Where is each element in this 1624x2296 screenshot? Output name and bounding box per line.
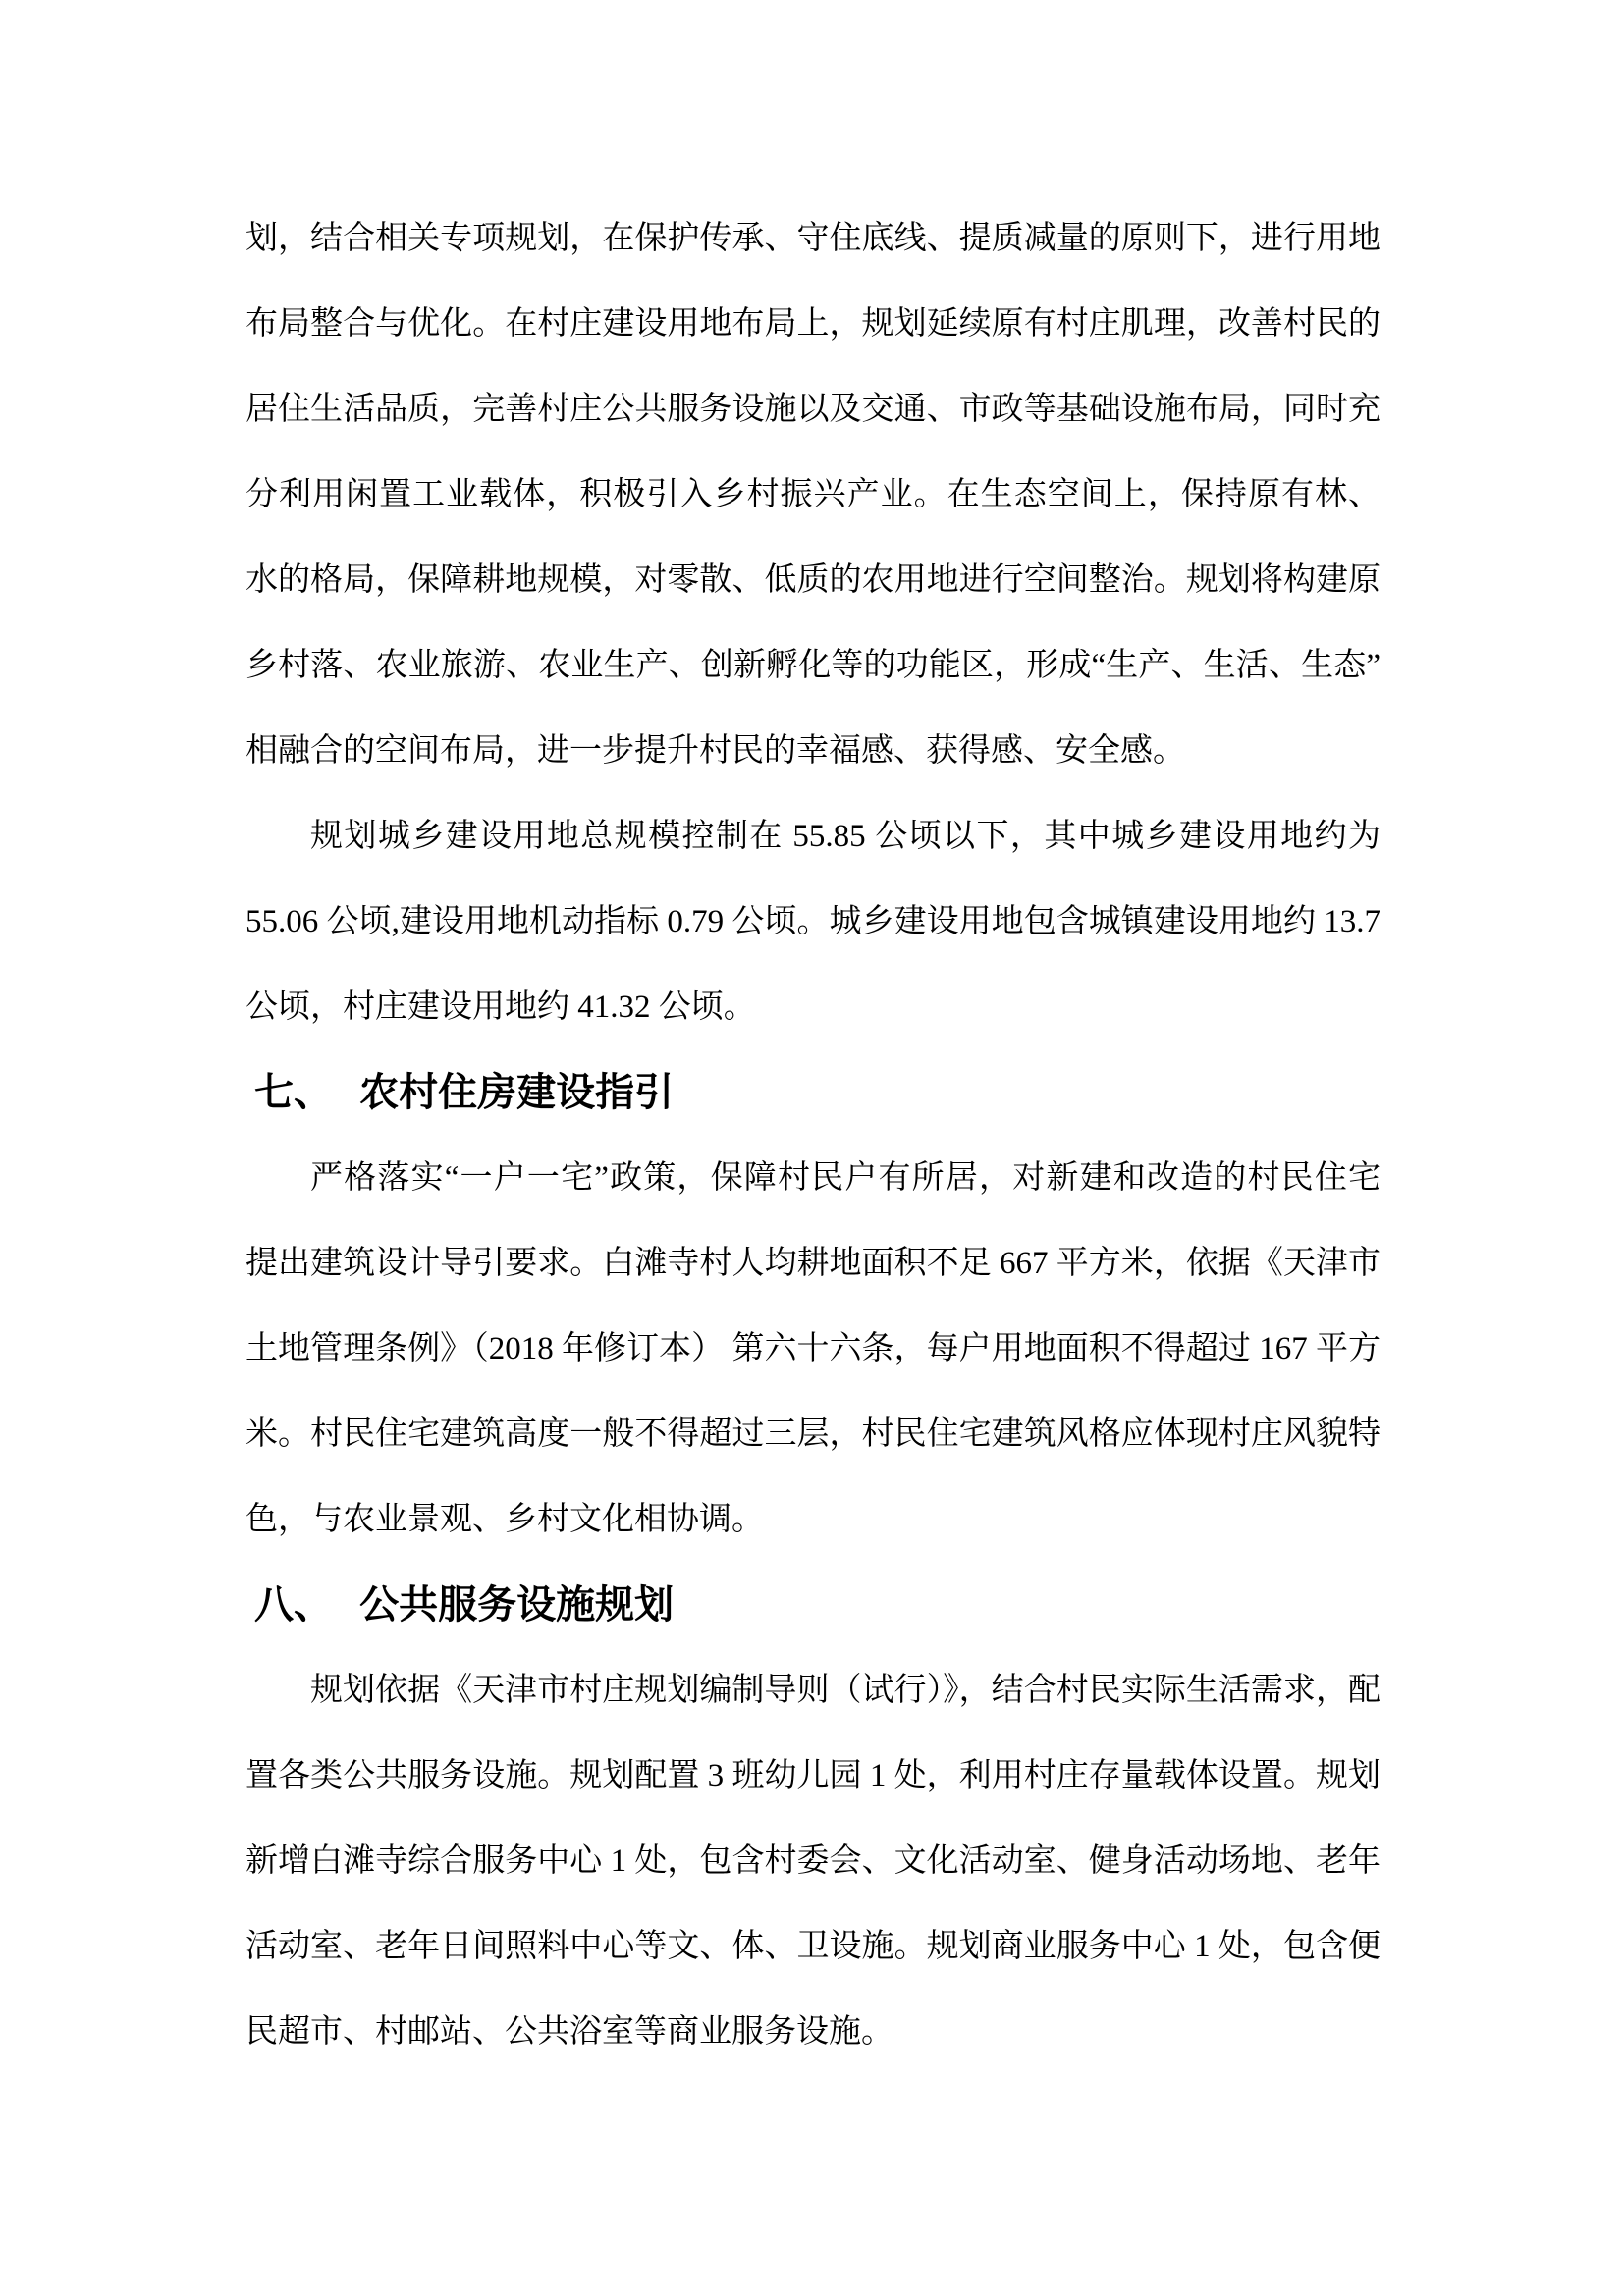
body-text-line: 公顷，村庄建设用地约 41.32 公顷。 — [245, 965, 1380, 1050]
body-text-line: 相融合的空间布局，进一步提升村民的幸福感、获得感、安全感。 — [245, 709, 1380, 794]
body-text-line: 提出建筑设计导引要求。白滩寺村人均耕地面积不足 667 平方米，依据《天津市 — [245, 1221, 1380, 1307]
body-text-line: 划，结合相关专项规划，在保护传承、守住底线、提质减量的原则下，进行用地 — [245, 196, 1380, 282]
body-text-line: 水的格局，保障耕地规模，对零散、低质的农用地进行空间整治。规划将构建原 — [245, 538, 1380, 623]
section-heading-7: 七、 农村住房建设指引 — [245, 1050, 1380, 1136]
heading-title: 公共服务设施规划 — [359, 1583, 674, 1627]
body-text-line: 米。村民住宅建筑高度一般不得超过三层，村民住宅建筑风格应体现村庄风貌特 — [245, 1392, 1380, 1477]
body-text-line: 规划依据《天津市村庄规划编制导则（试行）》，结合村民实际生活需求，配 — [245, 1648, 1380, 1734]
body-text-line: 置各类公共服务设施。规划配置 3 班幼儿园 1 处，利用村庄存量载体设置。规划 — [245, 1734, 1380, 1819]
heading-title: 农村住房建设指引 — [359, 1071, 674, 1114]
body-text-line: 民超市、村邮站、公共浴室等商业服务设施。 — [245, 1990, 1380, 2075]
body-text-line: 规划城乡建设用地总规模控制在 55.85 公顷以下，其中城乡建设用地约为 — [245, 794, 1380, 880]
body-text-line: 55.06 公顷,建设用地机动指标 0.79 公顷。城乡建设用地包含城镇建设用地… — [245, 880, 1380, 965]
heading-number: 八、 — [254, 1563, 333, 1648]
body-text-line: 土地管理条例》（2018 年修订本） 第六十六条，每户用地面积不得超过 167 … — [245, 1307, 1380, 1392]
body-text-line: 居住生活品质，完善村庄公共服务设施以及交通、市政等基础设施布局，同时充 — [245, 367, 1380, 453]
body-text-line: 活动室、老年日间照料中心等文、体、卫设施。规划商业服务中心 1 处，包含便 — [245, 1904, 1380, 1990]
heading-number: 七、 — [254, 1050, 333, 1136]
body-text-line: 新增白滩寺综合服务中心 1 处，包含村委会、文化活动室、健身活动场地、老年 — [245, 1819, 1380, 1904]
body-text-line: 色，与农业景观、乡村文化相协调。 — [245, 1477, 1380, 1563]
section-heading-8: 八、 公共服务设施规划 — [245, 1563, 1380, 1648]
body-text-line: 分利用闲置工业载体，积极引入乡村振兴产业。在生态空间上，保持原有林、田、 — [245, 453, 1380, 538]
document-page: 划，结合相关专项规划，在保护传承、守住底线、提质减量的原则下，进行用地 布局整合… — [0, 0, 1624, 2296]
body-text-line: 乡村落、农业旅游、农业生产、创新孵化等的功能区，形成“生产、生活、生态” — [245, 623, 1380, 709]
document-content: 划，结合相关专项规划，在保护传承、守住底线、提质减量的原则下，进行用地 布局整合… — [245, 196, 1380, 2075]
body-text-line: 严格落实“一户一宅”政策，保障村民户有所居，对新建和改造的村民住宅 — [245, 1136, 1380, 1221]
body-text-line: 布局整合与优化。在村庄建设用地布局上，规划延续原有村庄肌理，改善村民的 — [245, 282, 1380, 367]
